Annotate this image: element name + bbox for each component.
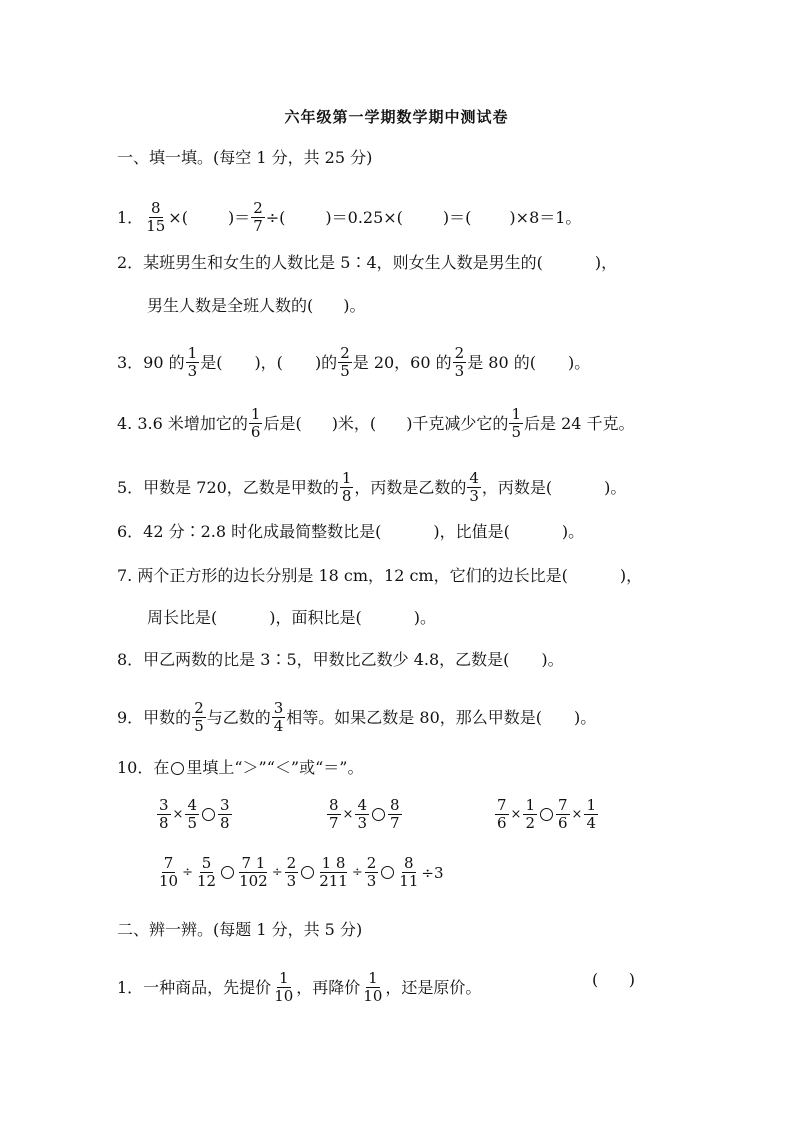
text: ，再降价 (296, 978, 360, 998)
text: )。 (574, 708, 596, 728)
question-1-10: 10．在 里填上“＞”“＜”或“＝”。 (117, 758, 363, 778)
fraction: 7 1102 (237, 855, 270, 890)
text: )＝ (228, 208, 250, 228)
text: ，还是原价。 (385, 978, 481, 998)
text: 2．某班男生和女生的人数比是 5∶4，则女生人数是男生的( (117, 253, 543, 273)
fraction: 25 (192, 700, 206, 735)
text: ÷3 (421, 864, 443, 882)
text: )。 (414, 608, 436, 628)
fraction: 87 (327, 797, 341, 832)
text: )＝( (443, 208, 472, 228)
section-header-text: 二、辨一辨。(每题 1 分，共 5 分) (117, 920, 362, 940)
fraction: 15 (509, 406, 523, 441)
page-title: 六年级第一学期数学期中测试卷 (0, 106, 793, 127)
text: )，面积比是( (269, 608, 362, 628)
question-1-8: 8．甲乙两数的比是 3∶5，甲数比乙数少 4.8，乙数是( )。 (117, 650, 564, 670)
answer-circle[interactable] (381, 866, 394, 879)
section2-header: 二、辨一辨。(每题 1 分，共 5 分) (117, 920, 362, 940)
fraction: 16 (249, 406, 263, 441)
text: 1．一种商品，先提价 (117, 978, 271, 998)
text: )千克减少它的 (406, 414, 508, 434)
question-2-1: 1．一种商品，先提价 110 ，再降价 110 ，还是原价。 (117, 970, 481, 1005)
text: 9．甲数的 (117, 708, 191, 728)
operator: ÷ (352, 865, 363, 880)
section-header-text: 一、填一填。(每空 1 分，共 25 分) (117, 148, 372, 168)
answer-circle[interactable] (221, 866, 234, 879)
fraction: 23 (285, 855, 299, 890)
text: 是( (200, 353, 222, 373)
text: 4. 3.6 米增加它的 (117, 414, 248, 434)
operator: ÷ (182, 865, 193, 880)
text: )＝0.25×( (325, 208, 403, 228)
fraction: 110 (361, 970, 384, 1005)
text: 5．甲数是 720，乙数是甲数的 (117, 478, 339, 498)
text: 8．甲乙两数的比是 3∶5，甲数比乙数少 4.8，乙数是( (117, 650, 509, 670)
text: 是 80 的( (467, 353, 536, 373)
question-1-4: 4. 3.6 米增加它的 16 后是( )米，( )千克减少它的 15 后是 2… (117, 406, 635, 441)
fraction: 512 (195, 855, 218, 890)
comparison-row-2: 710 ÷ 512 7 1102 ÷ 23 1 8211 ÷ 23 811 ÷3 (156, 855, 444, 890)
fraction: 76 (556, 797, 570, 832)
answer-circle[interactable] (372, 808, 385, 821)
question-1-6: 6．42 分∶2.8 时化成最简整数比是( )，比值是( )。 (117, 522, 584, 542)
fraction: 87 (388, 797, 402, 832)
text: )。 (562, 522, 584, 542)
text: )×8＝1。 (509, 208, 581, 228)
text: )。 (568, 353, 590, 373)
question-1-3: 3．90 的 13 是( )，( )的 25 是 20，60 的 23 是 80… (117, 345, 590, 380)
question-1-5: 5．甲数是 720，乙数是甲数的 18 ，丙数是乙数的 43 ，丙数是( )。 (117, 470, 626, 505)
text: ÷( (266, 208, 286, 228)
text: 是 20，60 的 (353, 353, 452, 373)
answer-circle[interactable] (540, 808, 553, 821)
fraction: 27 (251, 200, 265, 235)
question-1-2: 2．某班男生和女生的人数比是 5∶4，则女生人数是男生的( )， (117, 253, 617, 273)
fraction: 1 8211 (317, 855, 350, 890)
fraction: 710 (157, 855, 180, 890)
operator: × (173, 807, 184, 822)
text: 后是( (263, 414, 301, 434)
text: )，比值是( (433, 522, 510, 542)
fraction: 38 (218, 797, 232, 832)
question-1-9: 9．甲数的 25 与乙数的 34 相等。如果乙数是 80，那么甲数是( )。 (117, 700, 596, 735)
fraction: 34 (272, 700, 286, 735)
fraction: 43 (355, 797, 369, 832)
text: 与乙数的 (207, 708, 271, 728)
text: )。 (604, 478, 626, 498)
text: ，丙数是( (482, 478, 552, 498)
text: )米，( (332, 414, 377, 434)
operator: × (572, 807, 583, 822)
question-1-1: 1． 815 ×( )＝ 27 ÷( )＝0.25×( )＝( )×8＝1。 (117, 200, 581, 235)
answer-circle[interactable] (301, 866, 314, 879)
comparison-item: 87 × 43 87 (326, 797, 403, 832)
text: )， (595, 253, 617, 273)
text: 7. 两个正方形的边长分别是 18 cm，12 cm，它们的边长比是( (117, 566, 568, 586)
text: 10．在 (117, 758, 169, 778)
fraction: 23 (365, 855, 379, 890)
text: )，( (254, 353, 283, 373)
text: 相等。如果乙数是 80，那么甲数是( (286, 708, 542, 728)
judge-answer-paren[interactable]: ( ) (592, 970, 635, 990)
answer-blank[interactable]: ( ) (592, 970, 635, 990)
question-1-2-cont: 男生人数是全班人数的( )。 (147, 296, 366, 316)
fraction: 815 (144, 200, 167, 235)
text: )。 (541, 650, 563, 670)
operator: × (343, 807, 354, 822)
text: 里填上“＞”“＜”或“＝”。 (186, 758, 363, 778)
fraction: 13 (186, 345, 200, 380)
answer-circle[interactable] (202, 808, 215, 821)
text: )的 (315, 353, 337, 373)
fraction: 38 (157, 797, 171, 832)
text: 3．90 的 (117, 353, 185, 373)
fraction: 43 (467, 470, 481, 505)
fraction: 45 (185, 797, 199, 832)
circle-icon (171, 762, 184, 775)
question-1-7-cont: 周长比是( )，面积比是( )。 (147, 608, 436, 628)
question-1-7: 7. 两个正方形的边长分别是 18 cm，12 cm，它们的边长比是( )， (117, 566, 642, 586)
text: 后是 24 千克。 (524, 414, 635, 434)
fraction: 23 (453, 345, 467, 380)
fraction: 25 (338, 345, 352, 380)
section1-header: 一、填一填。(每空 1 分，共 25 分) (117, 148, 372, 168)
fraction: 110 (272, 970, 295, 1005)
text: 6．42 分∶2.8 时化成最简整数比是( (117, 522, 381, 542)
operator: × (511, 807, 522, 822)
text: )。 (343, 296, 365, 316)
text: 男生人数是全班人数的( (147, 296, 313, 316)
text: )， (620, 566, 642, 586)
text: ，丙数是乙数的 (354, 478, 466, 498)
operator: ÷ (272, 865, 283, 880)
fraction: 12 (523, 797, 537, 832)
fraction: 76 (495, 797, 509, 832)
fraction: 14 (584, 797, 598, 832)
text: 周长比是( (147, 608, 217, 628)
fraction: 811 (397, 855, 420, 890)
comparison-item: 76 × 12 76 × 14 (494, 797, 599, 832)
comparison-item: 38 × 45 38 (156, 797, 233, 832)
fraction: 18 (340, 470, 354, 505)
text: ×( (168, 208, 188, 228)
question-number: 1． (117, 208, 143, 228)
